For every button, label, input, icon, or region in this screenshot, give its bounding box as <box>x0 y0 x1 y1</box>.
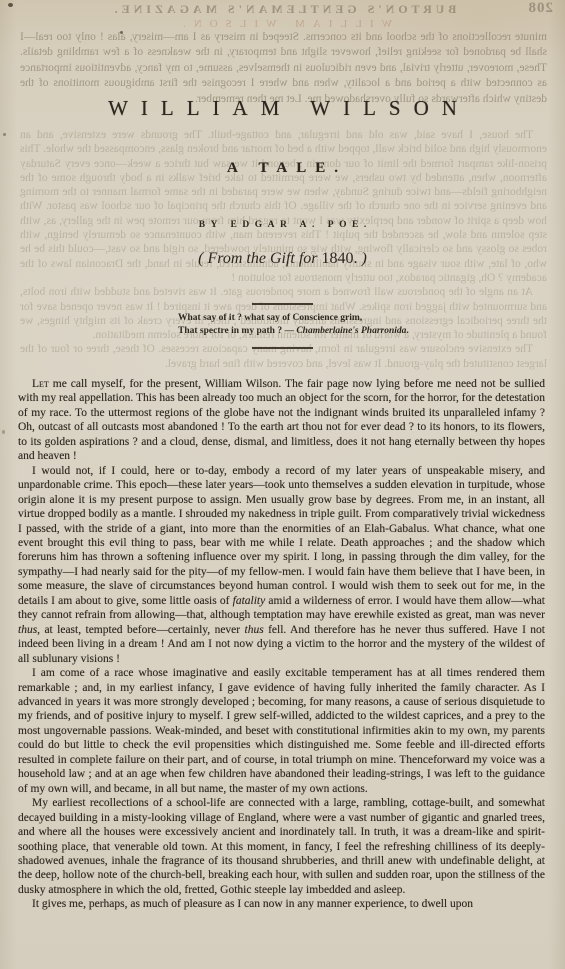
paragraph-2: I would not, if I could, here or to-day,… <box>18 464 545 666</box>
author-byline: BY EDGAR A. POE. <box>0 220 565 230</box>
paragraph-1: Let me call myself, for the present, Wil… <box>18 377 545 464</box>
paragraph-5: It gives me, perhaps, as much of pleasur… <box>18 897 545 911</box>
story-subtitle: A TALE. <box>0 160 565 177</box>
epigraph-line-1: What say of it ? what say of Conscience … <box>178 312 409 325</box>
scanned-magazine-page: 208 BURTON'S GENTLEMAN'S MAGAZINE. WILLI… <box>0 0 565 969</box>
divider-rule-top <box>252 303 313 305</box>
epigraph: What say of it ? what say of Conscience … <box>178 312 409 337</box>
paragraph-4: My earliest recollections of a school-li… <box>18 796 545 897</box>
ink-speck <box>8 3 13 7</box>
ink-speck <box>2 430 5 434</box>
ink-speck <box>120 31 123 34</box>
printed-content: WILLIAM WILSON A TALE. BY EDGAR A. POE. … <box>0 0 565 969</box>
story-body: Let me call myself, for the present, Wil… <box>18 377 545 912</box>
divider-rule-bottom <box>252 347 313 349</box>
story-title: WILLIAM WILSON <box>0 96 565 121</box>
epigraph-line-2: That spectre in my path ? — Chamberlaine… <box>178 325 409 338</box>
paragraph-3: I am come of a race whose imaginative an… <box>18 666 545 796</box>
source-note: ( From the Gift for 1840. ) <box>0 250 565 268</box>
ink-speck <box>3 133 6 136</box>
